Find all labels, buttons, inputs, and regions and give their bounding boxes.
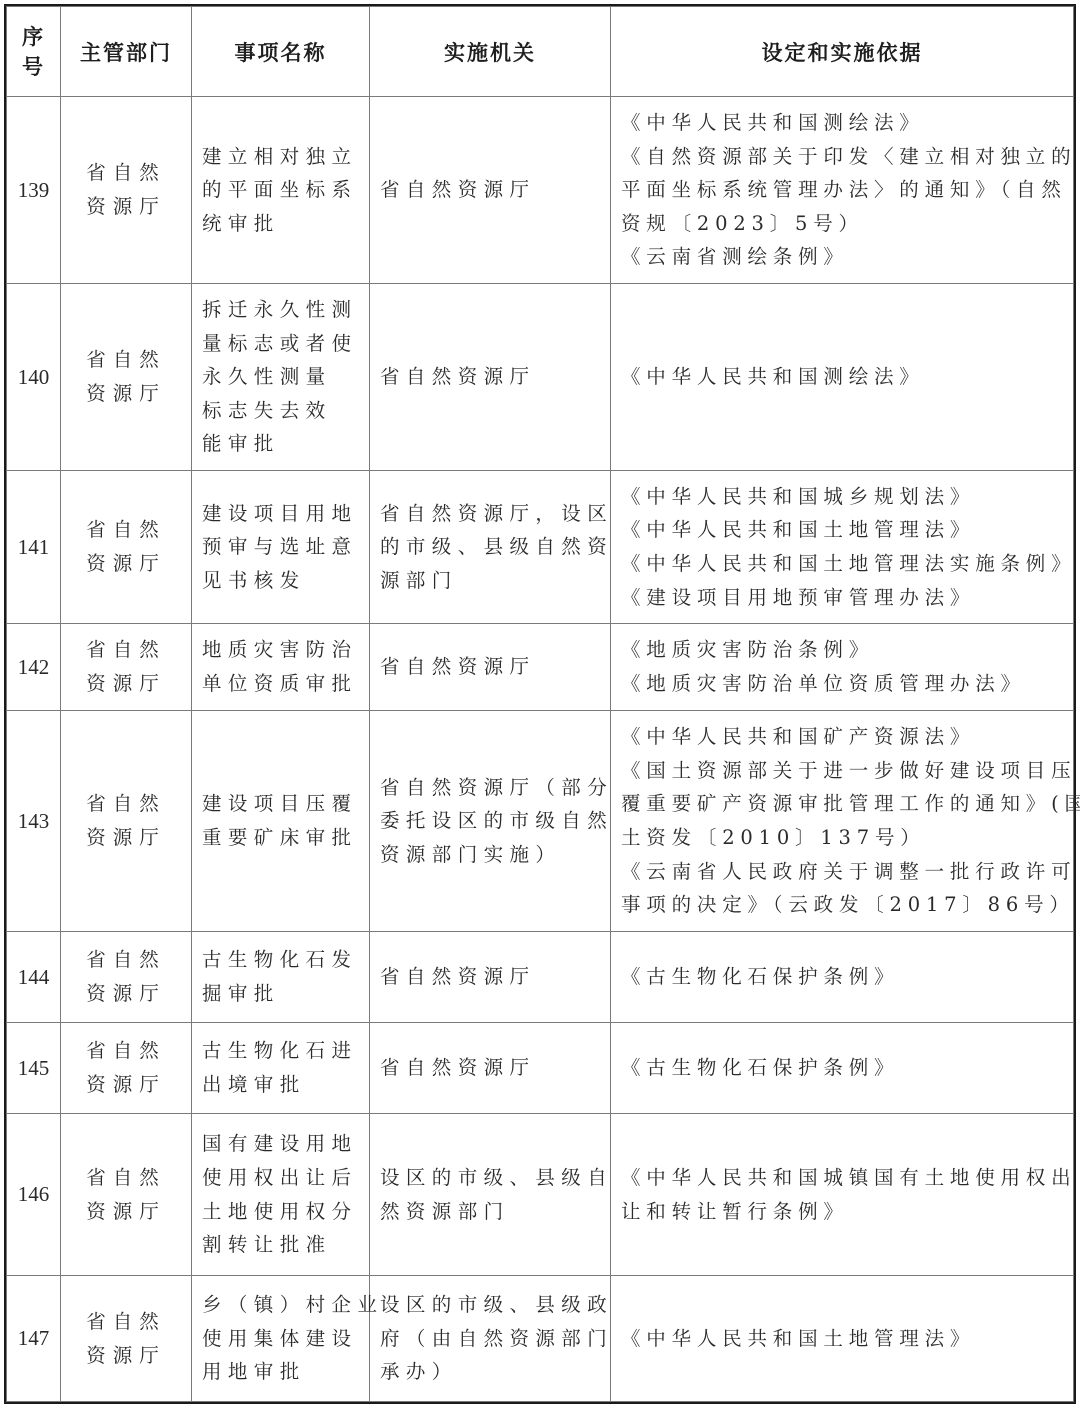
table-row: 140省自然资源厅拆迁永久性测量标志或者使永久性测量标志失去效能审批省自然资源厅… bbox=[7, 284, 1074, 471]
implementing-agency-cell: 省自然资源厅（部分委托设区的市级自然资源部门实施） bbox=[370, 711, 611, 932]
department-cell: 省自然资源厅 bbox=[61, 624, 192, 711]
legal-basis-cell-line: 《中华人民共和国土地管理法》 bbox=[621, 513, 1073, 547]
item-name-cell-line: 使用集体建设 bbox=[202, 1322, 369, 1356]
implementing-agency-cell-line: 设区的市级、县级政 bbox=[380, 1288, 610, 1322]
implementing-agency-cell-line: 省自然资源厅 bbox=[380, 360, 610, 394]
department-cell-line: 资源厅 bbox=[61, 377, 191, 411]
item-name-cell-line: 割转让批准 bbox=[202, 1228, 369, 1262]
implementing-agency-cell-line: 省自然资源厅 bbox=[380, 1051, 610, 1085]
table-row: 143省自然资源厅建设项目压覆重要矿床审批省自然资源厅（部分委托设区的市级自然资… bbox=[7, 711, 1074, 932]
item-name-cell-line: 单位资质审批 bbox=[202, 667, 369, 701]
legal-basis-cell-line: 《建设项目用地预审管理办法》 bbox=[621, 581, 1073, 615]
legal-basis-cell-line: 平面坐标系统管理办法〉的通知》（自然 bbox=[621, 173, 1073, 207]
item-name-cell-line: 古生物化石发 bbox=[202, 943, 369, 977]
legal-basis-cell-line: 《地质灾害防治条例》 bbox=[621, 633, 1073, 667]
department-cell-line: 省自然 bbox=[61, 787, 191, 821]
legal-basis-cell-line: 《古生物化石保护条例》 bbox=[621, 1051, 1073, 1085]
department-cell: 省自然资源厅 bbox=[61, 1114, 192, 1276]
header-serial-no: 序 号 bbox=[7, 7, 61, 97]
implementing-agency-cell-line: 然资源部门 bbox=[380, 1195, 610, 1229]
legal-basis-cell: 《古生物化石保护条例》 bbox=[611, 932, 1074, 1023]
implementing-agency-cell-line: 委托设区的市级自然 bbox=[380, 804, 610, 838]
serial-no-cell: 144 bbox=[7, 932, 61, 1023]
department-cell: 省自然资源厅 bbox=[61, 471, 192, 624]
legal-basis-cell-line: 《自然资源部关于印发〈建立相对独立的 bbox=[621, 140, 1073, 174]
item-name-cell-line: 能审批 bbox=[202, 427, 369, 461]
legal-basis-cell-line: 土资发〔2010〕137号） bbox=[621, 821, 1073, 855]
header-department: 主管部门 bbox=[61, 7, 192, 97]
item-name-cell-line: 掘审批 bbox=[202, 977, 369, 1011]
implementing-agency-cell: 省自然资源厅 bbox=[370, 624, 611, 711]
department-cell-line: 资源厅 bbox=[61, 1339, 191, 1373]
item-name-cell-line: 标志失去效 bbox=[202, 394, 369, 428]
header-item-name: 事项名称 bbox=[192, 7, 370, 97]
implementing-agency-cell-line: 省自然资源厅（部分 bbox=[380, 771, 610, 805]
legal-basis-cell-line: 《古生物化石保护条例》 bbox=[621, 960, 1073, 994]
table-row: 144省自然资源厅古生物化石发掘审批省自然资源厅《古生物化石保护条例》 bbox=[7, 932, 1074, 1023]
table-row: 145省自然资源厅古生物化石进出境审批省自然资源厅《古生物化石保护条例》 bbox=[7, 1023, 1074, 1114]
department-cell-line: 省自然 bbox=[61, 633, 191, 667]
legal-basis-cell-line: 覆重要矿产资源审批管理工作的通知》(国 bbox=[621, 787, 1073, 821]
legal-basis-cell-line: 《地质灾害防治单位资质管理办法》 bbox=[621, 667, 1073, 701]
serial-no-cell: 147 bbox=[7, 1276, 61, 1402]
implementing-agency-cell: 设区的市级、县级自然资源部门 bbox=[370, 1114, 611, 1276]
item-name-cell-line: 重要矿床审批 bbox=[202, 821, 369, 855]
header-legal-basis: 设定和实施依据 bbox=[611, 7, 1074, 97]
implementing-agency-cell-line: 资源部门实施） bbox=[380, 838, 610, 872]
implementing-agency-cell-line: 省自然资源厅，设区 bbox=[380, 497, 610, 531]
legal-basis-cell-line: 让和转让暂行条例》 bbox=[621, 1195, 1073, 1229]
legal-basis-cell-line: 《中华人民共和国测绘法》 bbox=[621, 360, 1073, 394]
implementing-agency-cell: 省自然资源厅，设区的市级、县级自然资源部门 bbox=[370, 471, 611, 624]
serial-no-cell: 145 bbox=[7, 1023, 61, 1114]
item-name-cell-line: 古生物化石进 bbox=[202, 1034, 369, 1068]
legal-basis-cell-line: 《中华人民共和国土地管理法》 bbox=[621, 1322, 1073, 1356]
table-row: 147省自然资源厅乡（镇）村企业使用集体建设用地审批设区的市级、县级政府（由自然… bbox=[7, 1276, 1074, 1402]
department-cell-line: 资源厅 bbox=[61, 1068, 191, 1102]
department-cell-line: 省自然 bbox=[61, 513, 191, 547]
implementing-agency-cell-line: 省自然资源厅 bbox=[380, 173, 610, 207]
permit-items-table: 序 号 主管部门 事项名称 实施机关 设定和实施依据 139省自然资源厅建立相对… bbox=[4, 4, 1076, 1404]
item-name-cell-line: 统审批 bbox=[202, 207, 369, 241]
table-row: 142省自然资源厅地质灾害防治单位资质审批省自然资源厅《地质灾害防治条例》《地质… bbox=[7, 624, 1074, 711]
implementing-agency-cell-line: 府（由自然资源部门 bbox=[380, 1322, 610, 1356]
item-name-cell-line: 见书核发 bbox=[202, 564, 369, 598]
item-name-cell-line: 建设项目压覆 bbox=[202, 787, 369, 821]
item-name-cell-line: 用地审批 bbox=[202, 1355, 369, 1389]
item-name-cell-line: 出境审批 bbox=[202, 1068, 369, 1102]
serial-no-cell: 146 bbox=[7, 1114, 61, 1276]
serial-no-cell: 139 bbox=[7, 97, 61, 284]
department-cell: 省自然资源厅 bbox=[61, 284, 192, 471]
legal-basis-cell-line: 《中华人民共和国城镇国有土地使用权出 bbox=[621, 1161, 1073, 1195]
item-name-cell-line: 国有建设用地 bbox=[202, 1127, 369, 1161]
department-cell: 省自然资源厅 bbox=[61, 932, 192, 1023]
legal-basis-cell: 《中华人民共和国城乡规划法》《中华人民共和国土地管理法》《中华人民共和国土地管理… bbox=[611, 471, 1074, 624]
department-cell: 省自然资源厅 bbox=[61, 1276, 192, 1402]
header-text: 号 bbox=[7, 52, 60, 82]
department-cell-line: 省自然 bbox=[61, 156, 191, 190]
legal-basis-cell-line: 《云南省人民政府关于调整一批行政许可 bbox=[621, 855, 1073, 889]
item-name-cell: 古生物化石发掘审批 bbox=[192, 932, 370, 1023]
implementing-agency-cell-line: 源部门 bbox=[380, 564, 610, 598]
department-cell: 省自然资源厅 bbox=[61, 97, 192, 284]
department-cell-line: 省自然 bbox=[61, 943, 191, 977]
item-name-cell-line: 量标志或者使 bbox=[202, 327, 369, 361]
table-row: 146省自然资源厅国有建设用地使用权出让后土地使用权分割转让批准设区的市级、县级… bbox=[7, 1114, 1074, 1276]
implementing-agency-cell: 省自然资源厅 bbox=[370, 1023, 611, 1114]
item-name-cell: 国有建设用地使用权出让后土地使用权分割转让批准 bbox=[192, 1114, 370, 1276]
implementing-agency-cell: 省自然资源厅 bbox=[370, 932, 611, 1023]
item-name-cell-line: 乡（镇）村企业 bbox=[202, 1288, 369, 1322]
legal-basis-cell-line: 《中华人民共和国矿产资源法》 bbox=[621, 720, 1073, 754]
legal-basis-cell: 《中华人民共和国土地管理法》 bbox=[611, 1276, 1074, 1402]
legal-basis-cell: 《古生物化石保护条例》 bbox=[611, 1023, 1074, 1114]
implementing-agency-cell: 省自然资源厅 bbox=[370, 284, 611, 471]
implementing-agency-cell-line: 省自然资源厅 bbox=[380, 960, 610, 994]
legal-basis-cell: 《中华人民共和国城镇国有土地使用权出让和转让暂行条例》 bbox=[611, 1114, 1074, 1276]
item-name-cell-line: 拆迁永久性测 bbox=[202, 293, 369, 327]
table-row: 139省自然资源厅建立相对独立的平面坐标系统审批省自然资源厅《中华人民共和国测绘… bbox=[7, 97, 1074, 284]
department-cell-line: 资源厅 bbox=[61, 190, 191, 224]
item-name-cell: 建立相对独立的平面坐标系统审批 bbox=[192, 97, 370, 284]
legal-basis-cell-line: 《中华人民共和国土地管理法实施条例》 bbox=[621, 547, 1073, 581]
table-header-row: 序 号 主管部门 事项名称 实施机关 设定和实施依据 bbox=[7, 7, 1074, 97]
item-name-cell: 地质灾害防治单位资质审批 bbox=[192, 624, 370, 711]
department-cell: 省自然资源厅 bbox=[61, 711, 192, 932]
legal-basis-cell-line: 《云南省测绘条例》 bbox=[621, 240, 1073, 274]
table-row: 141省自然资源厅建设项目用地预审与选址意见书核发省自然资源厅，设区的市级、县级… bbox=[7, 471, 1074, 624]
serial-no-cell: 143 bbox=[7, 711, 61, 932]
department-cell-line: 省自然 bbox=[61, 1305, 191, 1339]
implementing-agency-cell: 设区的市级、县级政府（由自然资源部门承办） bbox=[370, 1276, 611, 1402]
implementing-agency-cell-line: 的市级、县级自然资 bbox=[380, 530, 610, 564]
legal-basis-cell: 《地质灾害防治条例》《地质灾害防治单位资质管理办法》 bbox=[611, 624, 1074, 711]
item-name-cell-line: 使用权出让后 bbox=[202, 1161, 369, 1195]
department-cell-line: 资源厅 bbox=[61, 1195, 191, 1229]
item-name-cell-line: 永久性测量 bbox=[202, 360, 369, 394]
serial-no-cell: 142 bbox=[7, 624, 61, 711]
department-cell-line: 资源厅 bbox=[61, 547, 191, 581]
legal-basis-cell: 《中华人民共和国测绘法》《自然资源部关于印发〈建立相对独立的平面坐标系统管理办法… bbox=[611, 97, 1074, 284]
item-name-cell-line: 建立相对独立 bbox=[202, 140, 369, 174]
implementing-agency-cell: 省自然资源厅 bbox=[370, 97, 611, 284]
header-implementing-agency: 实施机关 bbox=[370, 7, 611, 97]
department-cell-line: 资源厅 bbox=[61, 821, 191, 855]
serial-no-cell: 140 bbox=[7, 284, 61, 471]
item-name-cell: 古生物化石进出境审批 bbox=[192, 1023, 370, 1114]
implementing-agency-cell-line: 省自然资源厅 bbox=[380, 650, 610, 684]
item-name-cell-line: 土地使用权分 bbox=[202, 1195, 369, 1229]
legal-basis-cell-line: 《中华人民共和国城乡规划法》 bbox=[621, 480, 1073, 514]
legal-basis-cell-line: 事项的决定》（云政发〔2017〕86号） bbox=[621, 888, 1073, 922]
item-name-cell: 建设项目压覆重要矿床审批 bbox=[192, 711, 370, 932]
department-cell-line: 省自然 bbox=[61, 1161, 191, 1195]
item-name-cell-line: 预审与选址意 bbox=[202, 530, 369, 564]
department-cell-line: 省自然 bbox=[61, 1034, 191, 1068]
item-name-cell-line: 地质灾害防治 bbox=[202, 633, 369, 667]
item-name-cell: 建设项目用地预审与选址意见书核发 bbox=[192, 471, 370, 624]
implementing-agency-cell-line: 承办） bbox=[380, 1355, 610, 1389]
legal-basis-cell-line: 《中华人民共和国测绘法》 bbox=[621, 106, 1073, 140]
item-name-cell: 拆迁永久性测量标志或者使永久性测量标志失去效能审批 bbox=[192, 284, 370, 471]
department-cell-line: 资源厅 bbox=[61, 667, 191, 701]
header-text: 序 bbox=[7, 22, 60, 52]
department-cell-line: 资源厅 bbox=[61, 977, 191, 1011]
serial-no-cell: 141 bbox=[7, 471, 61, 624]
item-name-cell-line: 建设项目用地 bbox=[202, 497, 369, 531]
legal-basis-cell: 《中华人民共和国测绘法》 bbox=[611, 284, 1074, 471]
department-cell-line: 省自然 bbox=[61, 343, 191, 377]
legal-basis-cell-line: 《国土资源部关于进一步做好建设项目压 bbox=[621, 754, 1073, 788]
implementing-agency-cell-line: 设区的市级、县级自 bbox=[380, 1161, 610, 1195]
item-name-cell: 乡（镇）村企业使用集体建设用地审批 bbox=[192, 1276, 370, 1402]
department-cell: 省自然资源厅 bbox=[61, 1023, 192, 1114]
legal-basis-cell-line: 资规〔2023〕5号） bbox=[621, 207, 1073, 241]
item-name-cell-line: 的平面坐标系 bbox=[202, 173, 369, 207]
legal-basis-cell: 《中华人民共和国矿产资源法》《国土资源部关于进一步做好建设项目压覆重要矿产资源审… bbox=[611, 711, 1074, 932]
